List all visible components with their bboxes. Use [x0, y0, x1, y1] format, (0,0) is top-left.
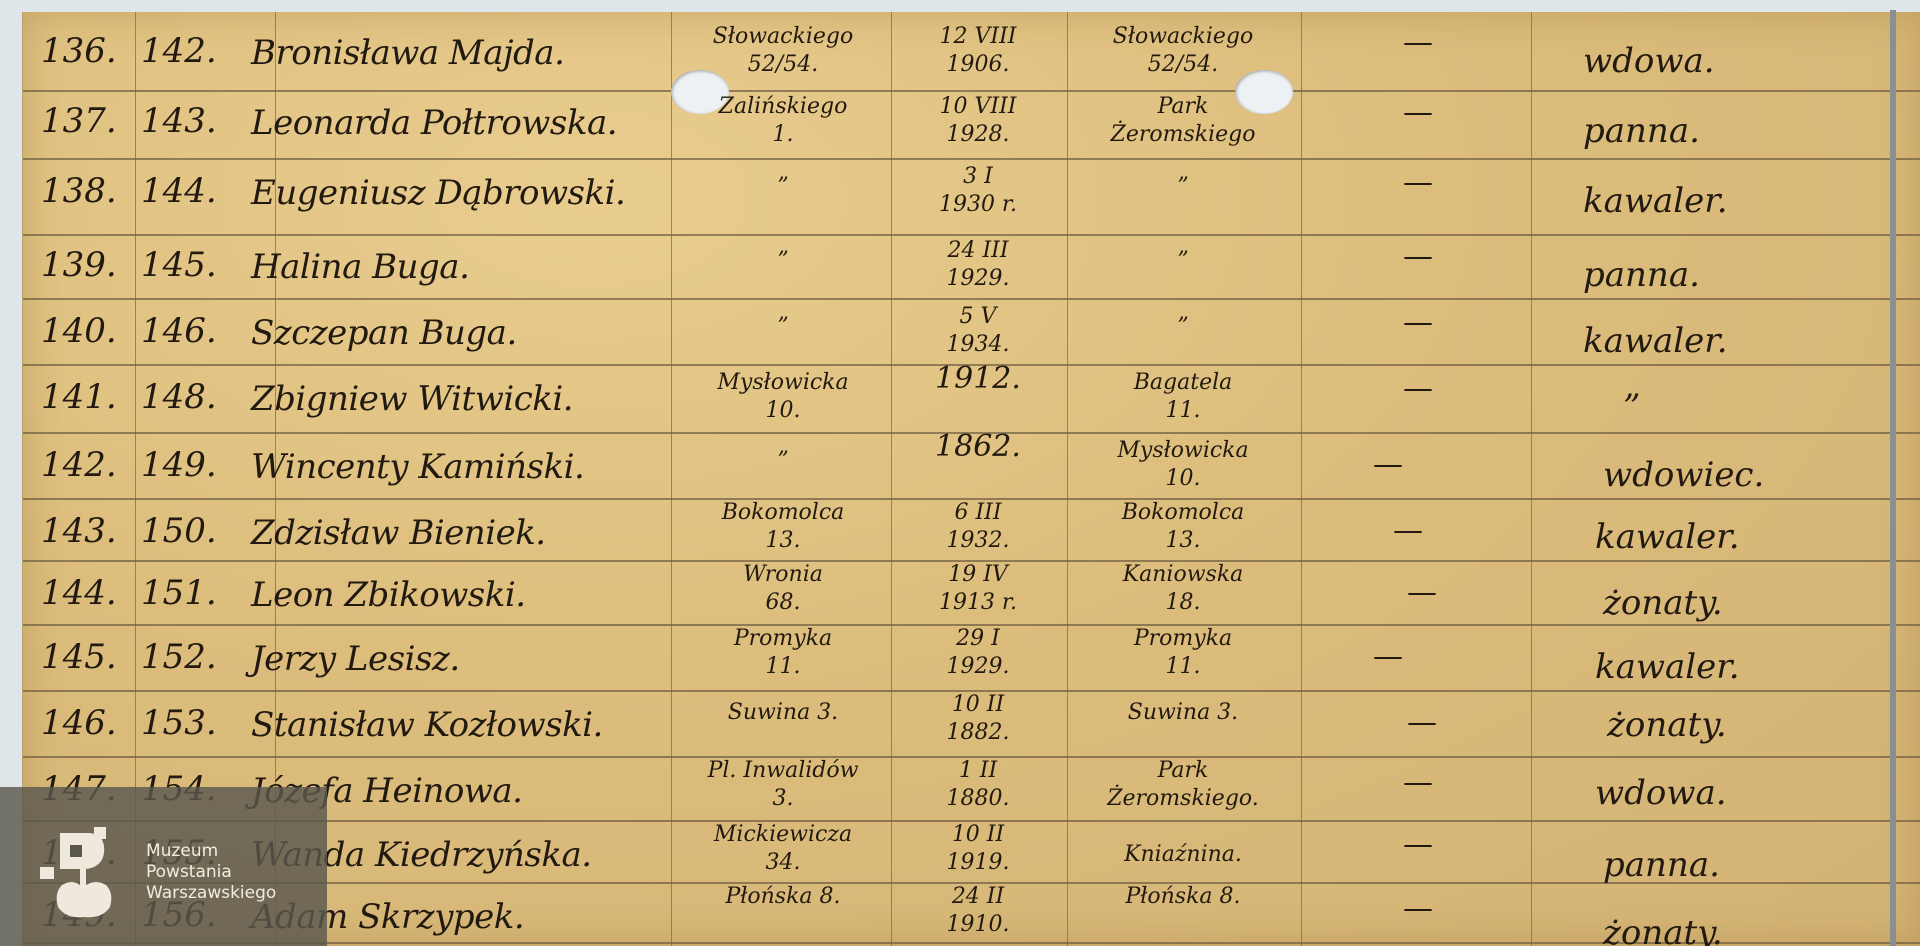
address-2: ”	[1073, 250, 1293, 278]
address-2: Płońska 8.	[1073, 886, 1293, 914]
marital-status: żonaty.	[1603, 586, 1723, 620]
row-lp: 141.	[41, 380, 117, 414]
row-divider	[23, 298, 1920, 300]
row-lp: 136.	[41, 34, 117, 68]
table-row: 139. 145. Halina Buga. ” 24 III1929. ” —…	[23, 236, 1920, 296]
row-lp: 145.	[41, 640, 117, 674]
address-2: ”	[1073, 176, 1293, 204]
address-2: Suwina 3.	[1073, 702, 1293, 730]
address-1: Pl. Inwalidów3.	[683, 760, 883, 810]
marital-status: panna.	[1583, 258, 1700, 292]
address-1: ”	[683, 316, 883, 344]
museum-watermark: Muzeum Powstania Warszawskiego	[0, 787, 327, 946]
address-2: ParkŻeromskiego.	[1073, 760, 1293, 810]
person-name: Leonarda Połtrowska.	[251, 106, 617, 140]
row-nr: 148.	[141, 380, 217, 414]
remarks-dash: —	[1403, 98, 1433, 128]
row-lp: 139.	[41, 248, 117, 282]
remarks-dash: —	[1403, 374, 1433, 404]
table-row: 140. 146. Szczepan Buga. ” 5 V1934. ” — …	[23, 302, 1920, 362]
remarks-dash: —	[1403, 768, 1433, 798]
birth-date: 1912.	[903, 358, 1053, 394]
row-nr: 151.	[141, 576, 217, 610]
marital-status: panna.	[1583, 114, 1700, 148]
marital-status: żonaty.	[1603, 916, 1723, 946]
birth-date: 10 II1919.	[903, 824, 1053, 874]
row-nr: 144.	[141, 174, 217, 208]
marital-status: żonaty.	[1607, 708, 1727, 742]
remarks-dash: —	[1403, 242, 1433, 272]
person-name: Stanisław Kozłowski.	[251, 708, 603, 742]
birth-date: 12 VIII1906.	[903, 26, 1053, 76]
address-1: Promyka11.	[683, 628, 883, 678]
row-lp: 137.	[41, 104, 117, 138]
remarks-dash: —	[1407, 578, 1437, 608]
marital-status: wdowiec.	[1603, 458, 1764, 492]
row-nr: 149.	[141, 448, 217, 482]
remarks-dash: —	[1373, 642, 1403, 672]
birth-date: 10 VIII1928.	[903, 96, 1053, 146]
table-row: 146. 153. Stanisław Kozłowski. Suwina 3.…	[23, 694, 1920, 754]
row-nr: 145.	[141, 248, 217, 282]
row-nr: 146.	[141, 314, 217, 348]
row-lp: 140.	[41, 314, 117, 348]
address-2: Kaniowska18.	[1073, 564, 1293, 614]
address-2: Promyka11.	[1073, 628, 1293, 678]
row-lp: 142.	[41, 448, 117, 482]
row-lp: 138.	[41, 174, 117, 208]
remarks-dash: —	[1403, 894, 1433, 924]
row-nr: 143.	[141, 104, 217, 138]
birth-date: 10 II1882.	[903, 694, 1053, 744]
table-row: 143. 150. Zdzisław Bieniek. Bokomolca13.…	[23, 502, 1920, 562]
marital-status: kawaler.	[1595, 650, 1740, 684]
birth-date: 29 I1929.	[903, 628, 1053, 678]
marital-status: kawaler.	[1583, 184, 1728, 218]
museum-name-line-1: Muzeum	[146, 841, 276, 862]
row-nr: 150.	[141, 514, 217, 548]
remarks-dash: —	[1403, 168, 1433, 198]
table-row: 137. 143. Leonarda Połtrowska. Zalińskie…	[23, 92, 1920, 152]
address-1: Wronia68.	[683, 564, 883, 614]
row-nr: 153.	[141, 706, 217, 740]
address-2: Kniaźnina.	[1073, 844, 1293, 872]
row-nr: 142.	[141, 34, 217, 68]
marital-status: kawaler.	[1583, 324, 1728, 358]
person-name: Bronisława Majda.	[251, 36, 564, 70]
address-1: ”	[683, 450, 883, 478]
person-name: Eugeniusz Dąbrowski.	[251, 176, 625, 210]
address-1: ”	[683, 176, 883, 204]
marital-status: kawaler.	[1595, 520, 1740, 554]
birth-date: 1862.	[903, 426, 1053, 462]
table-row: 138. 144. Eugeniusz Dąbrowski. ” 3 I1930…	[23, 162, 1920, 222]
marital-status: panna.	[1603, 848, 1720, 882]
remarks-dash: —	[1403, 308, 1433, 338]
remarks-dash: —	[1393, 516, 1423, 546]
address-1: Bokomolca13.	[683, 502, 883, 552]
museum-name: Muzeum Powstania Warszawskiego	[146, 841, 276, 904]
birth-date: 6 III1932.	[903, 502, 1053, 552]
birth-date: 24 III1929.	[903, 240, 1053, 290]
address-2: ”	[1073, 316, 1293, 344]
row-divider	[23, 158, 1920, 160]
row-lp: 144.	[41, 576, 117, 610]
birth-date: 5 V1934.	[903, 306, 1053, 356]
birth-date: 19 IV1913 r.	[903, 564, 1053, 614]
address-2: ParkŻeromskiego	[1073, 96, 1293, 146]
table-row: 144. 151. Leon Zbikowski. Wronia68. 19 I…	[23, 564, 1920, 624]
row-lp: 146.	[41, 706, 117, 740]
marital-status: ”	[1623, 390, 1640, 424]
address-1: Zalińskiego1.	[683, 96, 883, 146]
address-1: Mickiewicza34.	[683, 824, 883, 874]
person-name: Zbigniew Witwicki.	[251, 382, 573, 416]
address-1: ”	[683, 250, 883, 278]
address-1: Mysłowicka10.	[683, 372, 883, 422]
marital-status: wdowa.	[1583, 44, 1715, 78]
museum-name-line-3: Warszawskiego	[146, 883, 276, 904]
address-2: Słowackiego52/54.	[1073, 26, 1293, 76]
table-row: 141. 148. Zbigniew Witwicki. Mysłowicka1…	[23, 368, 1920, 428]
address-1: Suwina 3.	[683, 702, 883, 730]
row-nr: 152.	[141, 640, 217, 674]
person-name: Halina Buga.	[251, 250, 469, 284]
remarks-dash: —	[1373, 450, 1403, 480]
address-2: Bagatela11.	[1073, 372, 1293, 422]
table-row: 145. 152. Jerzy Lesisz. Promyka11. 29 I1…	[23, 628, 1920, 688]
remarks-dash: —	[1407, 708, 1437, 738]
person-name: Leon Zbikowski.	[251, 578, 526, 612]
museum-name-line-2: Powstania	[146, 862, 276, 883]
remarks-dash: —	[1403, 28, 1433, 58]
address-1: Płońska 8.	[683, 886, 883, 914]
person-name: Jerzy Lesisz.	[251, 642, 460, 676]
birth-date: 3 I1930 r.	[903, 166, 1053, 216]
paper-shadow-edge	[1890, 10, 1896, 946]
row-lp: 143.	[41, 514, 117, 548]
address-1: Słowackiego52/54.	[683, 26, 883, 76]
birth-date: 1 II1880.	[903, 760, 1053, 810]
birth-date: 24 II1910.	[903, 886, 1053, 936]
address-2: Bokomolca13.	[1073, 502, 1293, 552]
address-2: Mysłowicka10.	[1073, 440, 1293, 490]
remarks-dash: —	[1403, 830, 1433, 860]
marital-status: wdowa.	[1595, 776, 1727, 810]
person-name: Szczepan Buga.	[251, 316, 517, 350]
person-name: Zdzisław Bieniek.	[251, 516, 546, 550]
person-name: Wincenty Kamiński.	[251, 450, 584, 484]
table-row: 142. 149. Wincenty Kamiński. ” 1862. Mys…	[23, 436, 1920, 496]
table-row: 136. 142. Bronisława Majda. Słowackiego5…	[23, 22, 1920, 82]
kotwica-anchor-logo-icon	[40, 827, 128, 919]
